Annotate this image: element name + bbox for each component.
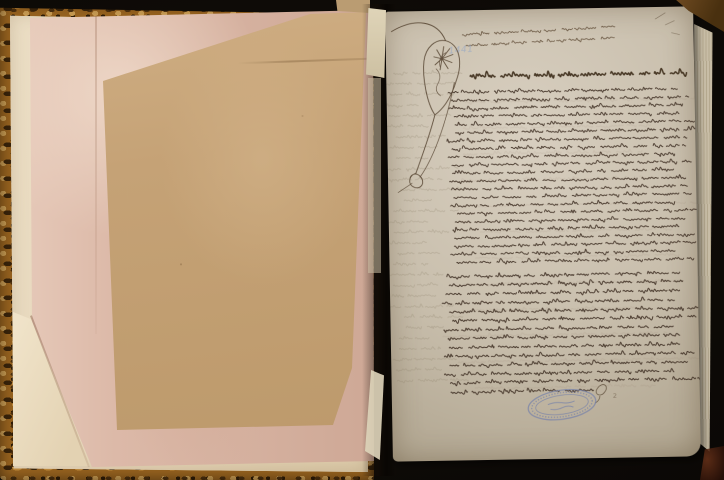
opening-line-handwriting — [470, 68, 692, 80]
manuscript-page: 1441 2 — [385, 6, 701, 461]
gutter-lower-strip — [368, 78, 381, 273]
photo-canvas: 1441 2 — [0, 0, 724, 480]
line-end-flourish — [595, 385, 607, 404]
ink-page-mark: 2 — [613, 392, 617, 400]
manuscript-body-handwriting-2 — [442, 269, 701, 395]
endpaper-vertical-crease — [95, 16, 97, 334]
manuscript-body-handwriting-1 — [446, 85, 701, 265]
notarial-flourish-drawing — [391, 13, 682, 193]
header-caption-handwriting — [462, 24, 619, 48]
manuscript-artwork: 1441 2 — [385, 6, 701, 461]
cover-corner-bottom-right — [700, 446, 724, 480]
pasted-tan-sheet — [100, 10, 370, 434]
gutter-top-tab — [366, 8, 386, 78]
